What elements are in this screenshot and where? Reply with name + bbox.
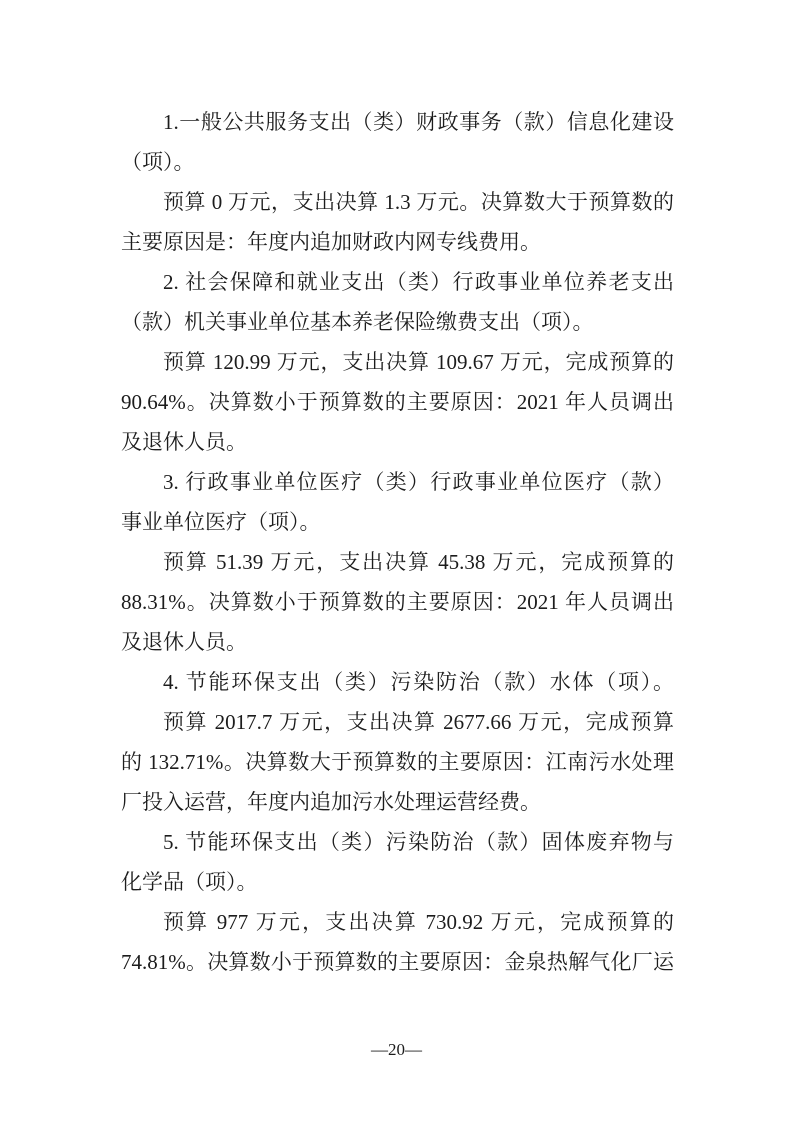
page-footer: —20—	[0, 1040, 793, 1060]
page-number: —20—	[371, 1040, 422, 1059]
line-6: （款）机关事业单位基本养老保险缴费支出（项）。	[121, 302, 674, 342]
line-3: 预算 0 万元，支出决算 1.3 万元。决算数大于预算数的	[121, 182, 674, 222]
line-21: 预算 977 万元，支出决算 730.92 万元，完成预算的	[121, 902, 674, 942]
line-15: 4. 节能环保支出（类）污染防治（款）水体（项）。	[121, 662, 674, 702]
line-10: 3. 行政事业单位医疗（类）行政事业单位医疗（款）	[121, 462, 674, 502]
line-19: 5. 节能环保支出（类）污染防治（款）固体废弃物与	[121, 822, 674, 862]
line-8: 90.64%。决算数小于预算数的主要原因：2021 年人员调出	[121, 382, 674, 422]
line-16: 预算 2017.7 万元，支出决算 2677.66 万元，完成预算	[121, 702, 674, 742]
document-body: 1.一般公共服务支出（类）财政事务（款）信息化建设 （项）。 预算 0 万元，支…	[121, 102, 674, 982]
line-13: 88.31%。决算数小于预算数的主要原因：2021 年人员调出	[121, 582, 674, 622]
line-18: 厂投入运营，年度内追加污水处理运营经费。	[121, 782, 674, 822]
line-9: 及退休人员。	[121, 422, 674, 462]
line-4: 主要原因是：年度内追加财政内网专线费用。	[121, 222, 674, 262]
line-22: 74.81%。决算数小于预算数的主要原因：金泉热解气化厂运	[121, 942, 674, 982]
document-page: 1.一般公共服务支出（类）财政事务（款）信息化建设 （项）。 预算 0 万元，支…	[0, 0, 793, 1122]
line-5: 2. 社会保障和就业支出（类）行政事业单位养老支出	[121, 262, 674, 302]
line-1: 1.一般公共服务支出（类）财政事务（款）信息化建设	[121, 102, 674, 142]
line-7: 预算 120.99 万元，支出决算 109.67 万元，完成预算的	[121, 342, 674, 382]
line-11: 事业单位医疗（项）。	[121, 502, 674, 542]
line-2: （项）。	[121, 142, 674, 182]
line-12: 预算 51.39 万元，支出决算 45.38 万元，完成预算的	[121, 542, 674, 582]
line-20: 化学品（项）。	[121, 862, 674, 902]
line-14: 及退休人员。	[121, 622, 674, 662]
line-17: 的 132.71%。决算数大于预算数的主要原因：江南污水处理	[121, 742, 674, 782]
